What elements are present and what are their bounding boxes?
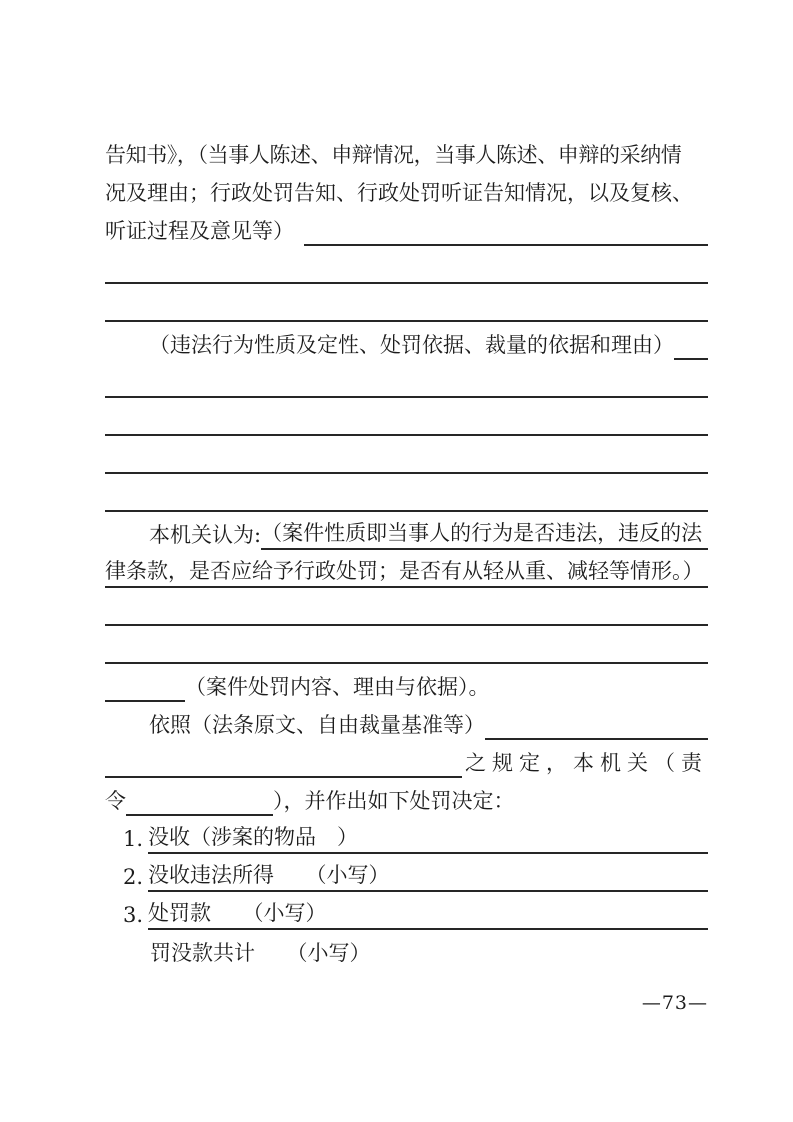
blank-fill-line xyxy=(485,709,708,740)
blank-fill-segment xyxy=(105,671,185,702)
item-number: 2. xyxy=(123,863,148,892)
body-text: （案件处罚内容、理由与依据）。 xyxy=(185,673,490,702)
continuation-line-2: 况及理由；行政处罚告知、行政处罚听证告知情况，以及复核、 xyxy=(105,170,708,208)
body-text: 依照（法条原文、自由裁量基准等） xyxy=(149,711,485,740)
underlined-text: 律条款，是否应给予行政处罚；是否有从轻从重、减轻等情形。） xyxy=(105,557,708,588)
page-number: —73— xyxy=(642,992,708,1014)
total-fines-line: 罚没款共计 （小写） xyxy=(105,930,708,968)
order-line: 令 ），并作出如下处罚决定： xyxy=(105,778,708,816)
item-number: 3. xyxy=(123,901,148,930)
blank-line xyxy=(105,398,708,436)
blank-line xyxy=(105,588,708,626)
blank-line xyxy=(105,246,708,284)
underlined-text: 没收（涉案的物品 ） xyxy=(148,823,708,854)
body-text: 告知书》，（当事人陈述、申辩情况，当事人陈述、申辩的采纳情 xyxy=(105,141,681,170)
document-page: 告知书》，（当事人陈述、申辩情况，当事人陈述、申辩的采纳情 况及理由；行政处罚告… xyxy=(0,0,793,1122)
continuation-line-3: 听证过程及意见等） xyxy=(105,208,708,246)
document-body: 告知书》，（当事人陈述、申辩情况，当事人陈述、申辩的采纳情 况及理由；行政处罚告… xyxy=(105,132,708,968)
blank-fill-line xyxy=(105,253,708,284)
authority-opinion-line-1: 本机关认为: （案件性质即当事人的行为是否违法，违反的法 xyxy=(105,512,708,550)
penalty-item-1: 1. 没收（涉案的物品 ） xyxy=(105,816,708,854)
body-text: 况及理由；行政处罚告知、行政处罚听证告知情况，以及复核、 xyxy=(105,179,693,208)
blank-fill-line xyxy=(105,367,708,398)
blank-fill-line xyxy=(105,405,708,436)
blank-line xyxy=(105,360,708,398)
penalty-content-line: （案件处罚内容、理由与依据）。 xyxy=(105,664,708,702)
blank-fill-line xyxy=(105,443,708,474)
body-text: 本机关认为: xyxy=(149,521,261,550)
body-text: 罚没款共计 （小写） xyxy=(150,939,371,968)
blank-fill-line xyxy=(105,481,708,512)
item-number: 1. xyxy=(123,825,148,854)
blank-fill-line xyxy=(105,291,708,322)
underlined-text: （案件性质即当事人的行为是否违法，违反的法 xyxy=(261,519,708,550)
blank-fill-line xyxy=(304,215,708,246)
blank-line xyxy=(105,436,708,474)
violation-nature-line: （违法行为性质及定性、处罚依据、裁量的依据和理由） xyxy=(105,322,708,360)
underlined-text: 没收违法所得 （小写） xyxy=(148,861,708,892)
penalty-item-2: 2. 没收违法所得 （小写） xyxy=(105,854,708,892)
body-text: （违法行为性质及定性、处罚依据、裁量的依据和理由） xyxy=(149,331,674,360)
blank-fill-line xyxy=(674,329,708,360)
blank-fill-line xyxy=(105,595,708,626)
blank-fill-line xyxy=(105,633,708,664)
underlined-text: 处罚款 （小写） xyxy=(148,899,708,930)
continuation-line-1: 告知书》，（当事人陈述、申辩情况，当事人陈述、申辩的采纳情 xyxy=(105,132,708,170)
legal-basis-line: 依照（法条原文、自由裁量基准等） xyxy=(105,702,708,740)
penalty-item-3: 3. 处罚款 （小写） xyxy=(105,892,708,930)
body-text: 听证过程及意见等） xyxy=(105,217,294,246)
blank-line xyxy=(105,284,708,322)
blank-line xyxy=(105,626,708,664)
body-text: 令 xyxy=(105,787,126,816)
body-text: ），并作出如下处罚决定： xyxy=(273,787,515,816)
blank-fill-line xyxy=(105,747,462,778)
body-text: 之规定，本机关（责 xyxy=(465,749,708,778)
regulation-clause-line: 之规定，本机关（责 xyxy=(105,740,708,778)
blank-fill-segment xyxy=(126,785,273,816)
blank-line xyxy=(105,474,708,512)
authority-opinion-line-2: 律条款，是否应给予行政处罚；是否有从轻从重、减轻等情形。） xyxy=(105,550,708,588)
